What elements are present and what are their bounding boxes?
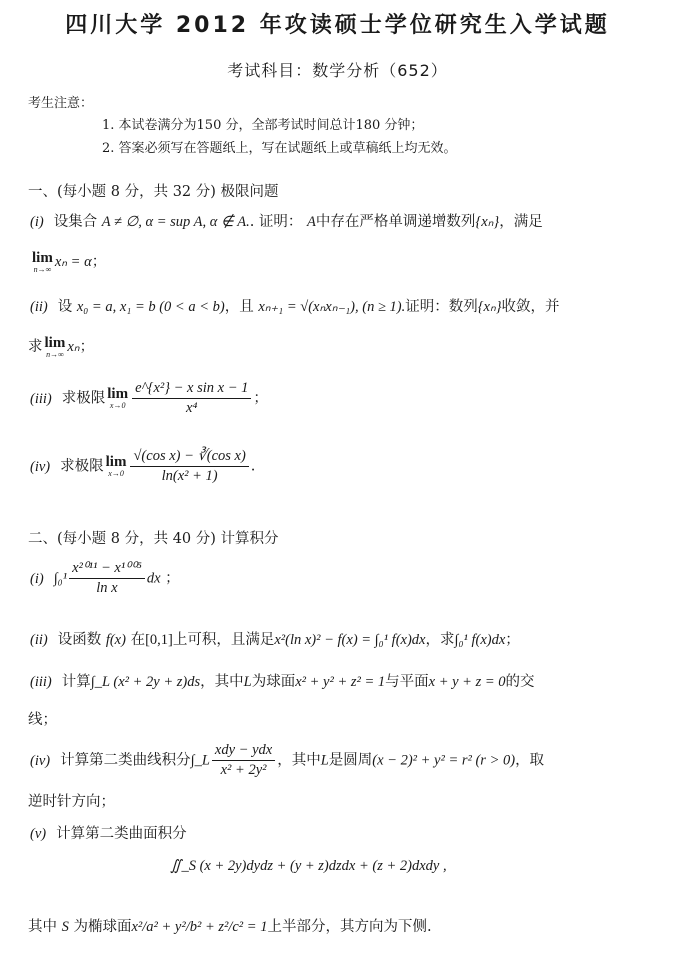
punctuation: ； (253, 391, 268, 407)
exam-subject: 考试科目：数学分析（652） (0, 58, 675, 81)
integral-sign: ∫₀¹ (54, 571, 67, 587)
question-text: 设函数 (58, 632, 102, 648)
question-text: 计算第二类曲线积分 (60, 753, 191, 769)
math-expression: x² + y² + z² = 1 (295, 674, 385, 690)
question-text: . 证明： (250, 214, 303, 230)
math-expression: L (321, 753, 329, 769)
section-1-heading: 一、(每小题 8 分，共 32 分) 极限问题 (28, 180, 279, 201)
question-text: 中存在严格单调递增数列 (316, 214, 476, 230)
exam-title: 四川大学 2012 年攻读硕士学位研究生入学试题 (0, 8, 675, 39)
punctuation: ； (505, 632, 520, 648)
question-text: 上半部分，其方向为下侧. (267, 919, 431, 935)
fraction: xdy − ydxx² + 2y² (212, 742, 275, 779)
punctuation: ； (80, 339, 95, 355)
math-expression: xₙ (67, 339, 79, 355)
question-2-v-line3: 其中 S 为椭球面x²/a² + y²/b² + z²/c² = 1上半部分，其… (28, 915, 432, 936)
question-text: 为球面 (252, 674, 296, 690)
question-tag: (i) (30, 214, 44, 230)
question-text: 上可积，且满足 (173, 632, 275, 648)
question-2-iii: (iii)计算∫_L (x² + 2y + z)ds，其中L为球面x² + y²… (30, 670, 535, 691)
question-tag: (v) (30, 826, 46, 842)
fraction: x²⁰¹¹ − x¹⁰⁰⁵ln x (69, 560, 145, 597)
punctuation: ； (92, 254, 107, 270)
limit-operator: limx→0 (106, 455, 127, 478)
math-expression: dx (147, 571, 161, 587)
question-1-i: (i)设集合 A ≠ ∅, α = sup A, α ∉ A.. 证明： A中存… (30, 210, 543, 231)
math-expression: xₙ₊₁ = √(xₙxₙ₋₁), (n ≥ 1). (258, 299, 405, 315)
math-expression: ∫₀¹ f(x)dx (454, 632, 505, 648)
question-text: 求极限 (62, 391, 106, 407)
question-1-ii-line2: 求limn→∞xₙ； (28, 335, 94, 359)
math-expression: [0,1] (145, 632, 173, 648)
math-expression: x²/a² + y²/b² + z²/c² = 1 (131, 919, 267, 935)
question-text: 设 (58, 299, 73, 315)
question-1-iv: (iv)求极限limx→0√(cos x) − ∛(cos x)ln(x² + … (30, 448, 255, 485)
notice-item-1: 1. 本试卷满分为150 分，全部考试时间总计180 分钟； (102, 114, 423, 133)
question-text: 收敛，并 (502, 299, 560, 315)
question-tag: (ii) (30, 299, 48, 315)
question-text: 计算 (62, 674, 91, 690)
question-2-iv-line2: 逆时针方向； (28, 790, 115, 811)
limit-operator: limn→∞ (32, 251, 53, 274)
integral-sign: ∫_L (191, 753, 210, 769)
notice-item-2: 2. 答案必须写在答题纸上，写在试题纸上或草稿纸上均无效。 (102, 137, 457, 156)
math-expression: S (62, 919, 69, 935)
section-2-heading: 二、(每小题 8 分，共 40 分) 计算积分 (28, 527, 279, 548)
question-text: 是圆周 (329, 753, 373, 769)
math-expression: A ≠ ∅, α = sup A, α ∉ A. (102, 214, 250, 230)
math-expression: x²(ln x)² − f(x) = ∫₀¹ f(x)dx (274, 632, 425, 648)
question-2-iv: (iv)计算第二类曲线积分∫_Lxdy − ydxx² + 2y²，其中L是圆周… (30, 742, 544, 779)
question-text: ，且 (225, 299, 254, 315)
math-expression: (x − 2)² + y² = r² (r > 0) (372, 753, 515, 769)
math-expression: ∫_L (x² + 2y + z)ds (91, 674, 200, 690)
question-1-i-line2: limn→∞xₙ = α； (30, 250, 106, 274)
math-expression: f(x) (106, 632, 126, 648)
question-text: 的交 (506, 674, 535, 690)
punctuation: ； (165, 571, 180, 587)
question-text: ，取 (515, 753, 544, 769)
limit-operator: limx→0 (107, 387, 128, 410)
question-2-ii: (ii)设函数 f(x) 在[0,1]上可积，且满足x²(ln x)² − f(… (30, 628, 520, 649)
question-tag: (iv) (30, 459, 50, 475)
question-text: 与平面 (385, 674, 429, 690)
question-text: ，求 (425, 632, 454, 648)
math-expression: x + y + z = 0 (429, 674, 506, 690)
question-text: ，其中 (277, 753, 321, 769)
math-expression: x₀ = a, x₁ = b (0 < a < b) (77, 299, 225, 315)
surface-integral-display: ∬_S (x + 2y)dydz + (y + z)dzdx + (z + 2)… (170, 858, 447, 875)
question-text: ，其中 (200, 674, 244, 690)
math-expression: L (244, 674, 252, 690)
question-tag: (iii) (30, 391, 52, 407)
limit-operator: limn→∞ (45, 336, 66, 359)
math-expression: xₙ = α (55, 254, 92, 270)
question-tag: (i) (30, 571, 44, 587)
fraction: e^{x²} − x sin x − 1x⁴ (132, 380, 251, 417)
notice-label: 考生注意： (28, 92, 93, 111)
question-tag: (iii) (30, 674, 52, 690)
question-text: ，满足 (499, 214, 543, 230)
question-text: 证明：数列 (405, 299, 478, 315)
math-expression: {xₙ} (475, 214, 499, 230)
question-2-i: (i)∫₀¹x²⁰¹¹ − x¹⁰⁰⁵ln xdx ； (30, 560, 180, 597)
question-text: 设集合 (54, 214, 98, 230)
question-1-ii: (ii)设 x₀ = a, x₁ = b (0 < a < b)，且 xₙ₊₁ … (30, 295, 560, 316)
question-tag: (ii) (30, 632, 48, 648)
question-1-iii: (iii)求极限limx→0e^{x²} − x sin x − 1x⁴； (30, 380, 268, 417)
question-tag: (iv) (30, 753, 50, 769)
question-2-iii-line2: 线； (28, 708, 57, 729)
question-text: 求 (28, 339, 43, 355)
question-text: 计算第二类曲面积分 (56, 826, 187, 842)
question-text: 其中 (28, 919, 57, 935)
math-expression: {xₙ} (478, 299, 502, 315)
question-text: 求极限 (60, 459, 104, 475)
question-text: 为椭球面 (73, 919, 131, 935)
question-2-v: (v)计算第二类曲面积分 (30, 822, 187, 843)
question-text: 在 (131, 632, 146, 648)
math-expression: A (307, 214, 316, 230)
punctuation: . (251, 459, 256, 475)
fraction: √(cos x) − ∛(cos x)ln(x² + 1) (130, 448, 248, 485)
